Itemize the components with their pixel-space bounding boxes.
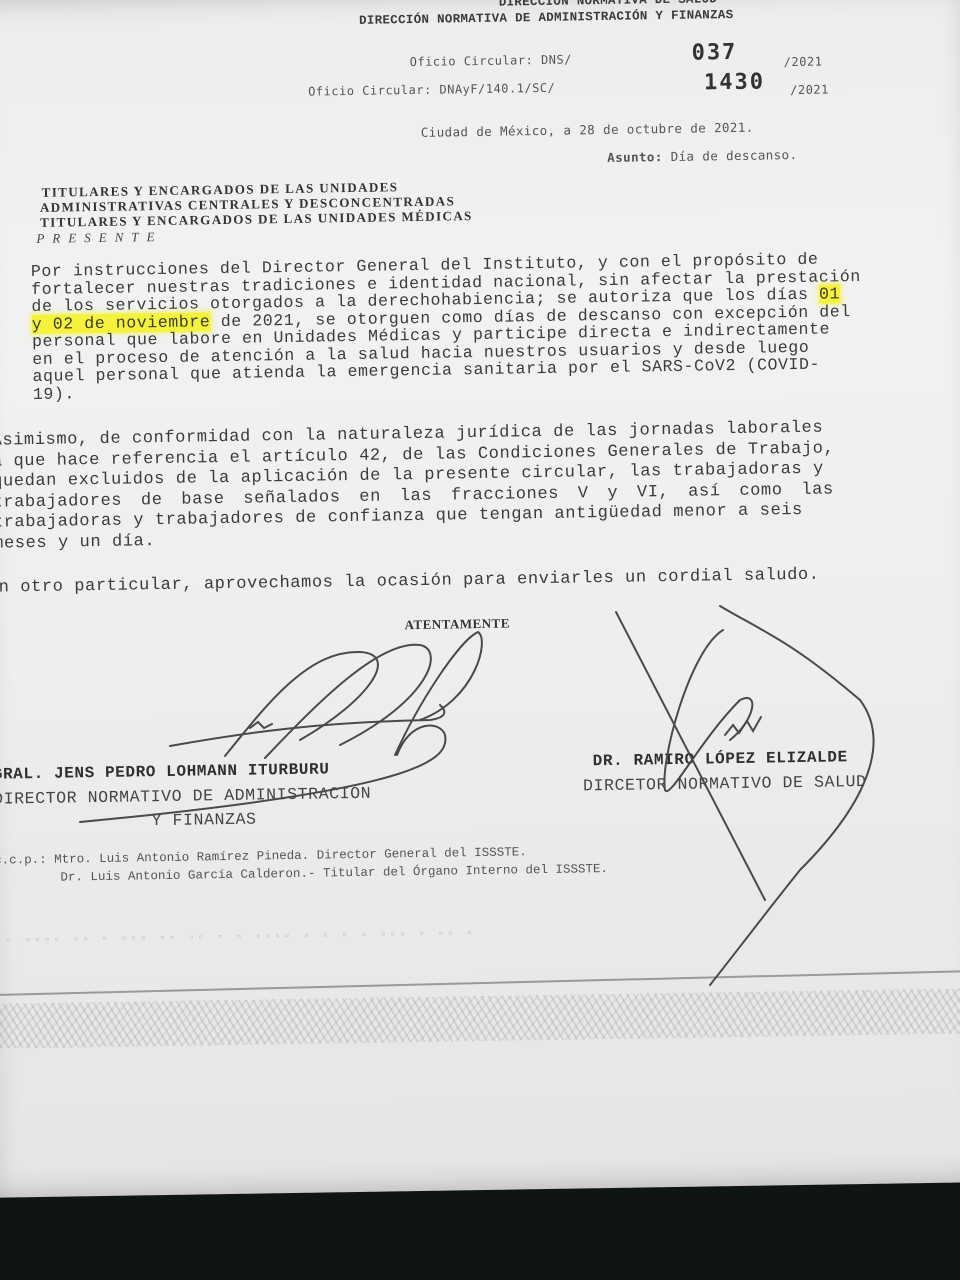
presente: PRESENTE [36,229,162,247]
oficio-dns-number: 037 [691,40,737,66]
ccp-label: c.c.p.: [0,853,47,868]
oficio-dnayf-label: Oficio Circular: DNAyF/140.1/SC/ [308,81,555,99]
signatory-1-name: GRAL. JENS PEDRO LOHMANN ITURBURU [0,760,330,783]
paragraph-2: Asimismo, de conformidad con la naturale… [0,418,836,554]
signatory-2-name: DR. RAMIRO LÓPEZ ELIZALDE [593,748,848,770]
place-date: Ciudad de México, a 28 de octubre de 202… [421,120,754,140]
dept-second: DIRECCIÓN NORMATIVA DE ADMINISTRACIÓN Y … [359,8,734,28]
signatory-1-title-l2: Y FINANZAS [151,810,256,831]
highlight-date-01: 01 [819,284,840,303]
security-pattern [0,988,960,1049]
subject-text: Día de descanso. [671,147,798,164]
oficio-dns-year: /2021 [784,55,823,70]
subject-line: Asunto: Día de descanso. [607,147,797,165]
subject-label: Asunto: [607,149,663,165]
signatory-1-title-l1: DIRECTOR NORMATIVO DE ADMINISTRACIÓN [0,784,371,809]
signatory-2-title: DIRCETOR NORMATIVO DE SALUD [583,772,867,795]
footer-address-illegible: ▫ ▫▫▫▫ ▫▫ ▫ ▫▫▫ ▫▫ ▫▫ ▫ ▫ ▫▫▫▫ ▫ ▫ ▫ ▫ ▫… [5,928,476,947]
closing: ATENTAMENTE [404,616,510,634]
ccp-line-2: Dr. Luis Antonio García Calderon.- Titul… [60,862,608,885]
oficio-dnayf-year: /2021 [790,82,829,97]
document-page: DIRECCIÓN NORMATIVA DE SALUD DIRECCIÓN N… [0,0,960,1198]
oficio-dns-label: Oficio Circular: DNS/ [410,52,572,69]
paragraph-3: En otro particular, aprovechamos la ocas… [0,567,820,598]
oficio-dnayf-number: 1430 [704,69,765,95]
paragraph-1: Por instrucciones del Director General d… [31,250,863,403]
